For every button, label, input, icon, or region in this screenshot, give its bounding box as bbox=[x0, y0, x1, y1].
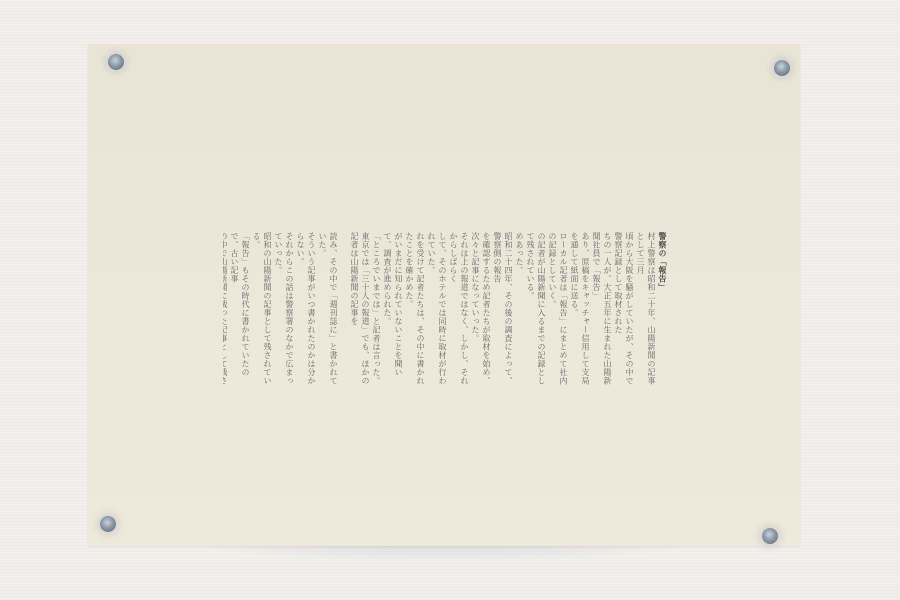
text-column: れを受けて記者たちは、その中に書かれたことを確かめた。 bbox=[404, 232, 426, 392]
text-column: 頃から大阪を騒がしていたが、その中で警察記録として取材された bbox=[613, 232, 635, 392]
text-column: あり、原稿をキャッチャー信用して支局を通して紙面に送る。 bbox=[569, 232, 591, 392]
pushpin-icon bbox=[774, 60, 790, 76]
text-column: 「報告」もその時代に書かれていたので、古い記事 bbox=[229, 232, 251, 392]
text-column: がいまだに知られていないことを聞いて、調査が進められた。 bbox=[382, 232, 404, 392]
pushpin-icon bbox=[108, 54, 124, 70]
text-column: そういう記事がいつ書かれたのかは分からない。 bbox=[295, 232, 317, 392]
text-column: の記者が山陽新聞に入るまでの記録として残されている。 bbox=[525, 232, 547, 392]
vertical-text-block: 警察の「報告」 村上警察は昭和二十年、山陽新聞の記事として三月 頃から大阪を騒が… bbox=[223, 232, 668, 392]
text-column: 昭和二十四年、その後の調査によって、警察側の報告 bbox=[492, 232, 514, 392]
printed-sheet: 警察の「報告」 村上警察は昭和二十年、山陽新聞の記事として三月 頃から大阪を騒が… bbox=[88, 44, 800, 546]
text-column: 東京では「三十人の報道」でも、ほかの記者は山陽新聞の記事を bbox=[349, 232, 371, 392]
text-column: を確認するため記者たちが取材を始め、次々と記事になっていった。 bbox=[470, 232, 492, 392]
document-title: 警察の「報告」 bbox=[657, 232, 668, 392]
pushpin-icon bbox=[762, 528, 778, 544]
text-column: それは上の報道ではなく、しかし、それからしばらく bbox=[448, 232, 470, 392]
text-column: 「ところでいまでは」と記者は言った。 bbox=[371, 232, 382, 392]
text-column: して、そのホテルでは同時に取材が行われていた。 bbox=[426, 232, 448, 392]
text-column: ちの一人が、大正五年に生まれた山陽新聞社員で「報告」 bbox=[591, 232, 613, 392]
text-column: ローカル記者は「報告」にまとめて社内の記録としていく。 bbox=[547, 232, 569, 392]
pushpin-icon bbox=[100, 516, 116, 532]
text-column: 昭和の山陽新聞の記事として残されている。 bbox=[251, 232, 273, 392]
text-column: めあった。 bbox=[514, 232, 525, 392]
text-column: 読み、その中で「週刊誌に」と書かれていた。 bbox=[317, 232, 339, 392]
text-column: の中で山陽新聞に載った記事として残された。 bbox=[223, 232, 229, 392]
text-column: 村上警察は昭和二十年、山陽新聞の記事として三月 bbox=[635, 232, 657, 392]
text-column: それからこの話は警察署のなかで広まっていった。 bbox=[273, 232, 295, 392]
